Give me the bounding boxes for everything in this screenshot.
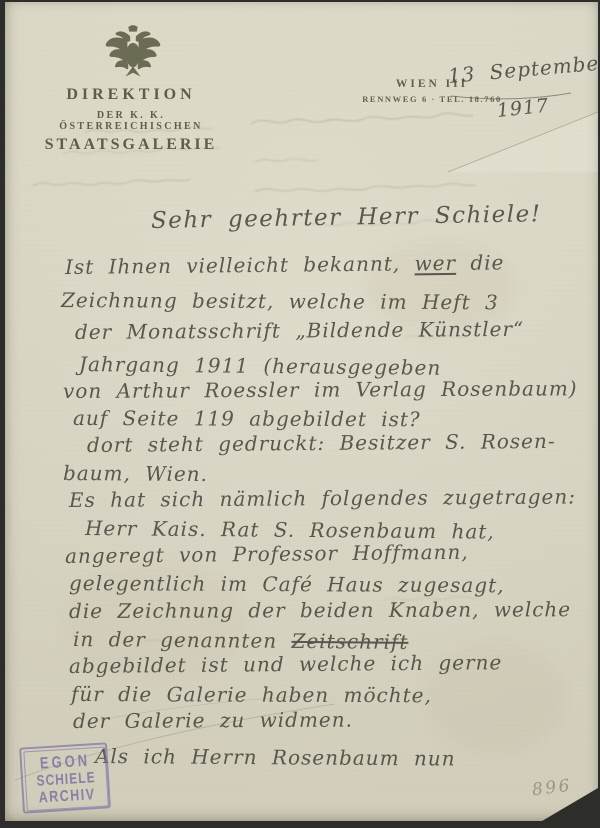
letterhead-street: RENNWEG 6 · TEL. 18.760 [343,94,521,104]
letter-line: baum, Wien. [63,460,208,487]
letter-line: dort steht gedruckt: Besitzer S. Rosen- [87,428,556,458]
inventory-number: 896 [531,776,573,801]
letter-line: von Arthur Roessler im Verlag Rosenbaum) [63,375,578,404]
letterhead-staatsgalerie: STAATSGALERIE [23,136,239,154]
letter-line-text: Ist Ihnen vielleicht bekannt, [65,251,415,279]
letter-line-text: in der genannten [73,627,292,653]
letter-line: der Monatsschrift „Bildende Künstler“ [75,316,524,345]
letter-line: der Galerie zu widmen. [73,707,353,734]
letter-line: abgebildet ist und welche ich gerne [69,649,503,679]
handwritten-date: 13 September, [447,49,600,87]
stamp-line-archiv: ARCHIV [38,787,96,806]
underlined-word: wer [414,251,456,275]
archive-stamp: EGON SCHIELE ARCHIV [19,742,111,813]
letter-line-text: die [456,250,505,275]
archive-stamp-inner-border: EGON SCHIELE ARCHIV [23,746,109,811]
letter-line: angeregt von Professor Hoffmann, [65,539,469,569]
letter-line: gelegentlich im Café Haus zugesagt, [69,570,505,598]
letterhead-direktion: DIREKTION [23,86,239,104]
scanned-letter-page: DIREKTION DER K. K. ÖSTERREICHISCHEN STA… [0,0,600,828]
letter-line: auf Seite 119 abgebildet ist? [73,405,421,432]
letter-paper: DIREKTION DER K. K. ÖSTERREICHISCHEN STA… [5,2,598,821]
letter-line: Zeichnung besitzt, welche im Heft 3 [61,287,499,315]
letter-line: Es hat sich nämlich folgendes zugetragen… [69,483,576,513]
letter-line: Als ich Herrn Rosenbaum nun [95,743,456,772]
letterhead-block: DIREKTION DER K. K. ÖSTERREICHISCHEN STA… [23,86,239,154]
letter-line: die Zeichnung der beiden Knaben, welche [69,596,571,624]
letter-line: Ist Ihnen vielleicht bekannt, wer die [65,249,505,280]
letter-line: für die Galerie haben möchte, [71,681,432,708]
salutation: Sehr geehrter Herr Schiele! [151,201,542,234]
handwritten-year: 1917 [496,95,550,122]
letterhead-der-kk: DER K. K. ÖSTERREICHISCHEN [23,110,239,132]
double-headed-eagle-icon [105,24,161,86]
